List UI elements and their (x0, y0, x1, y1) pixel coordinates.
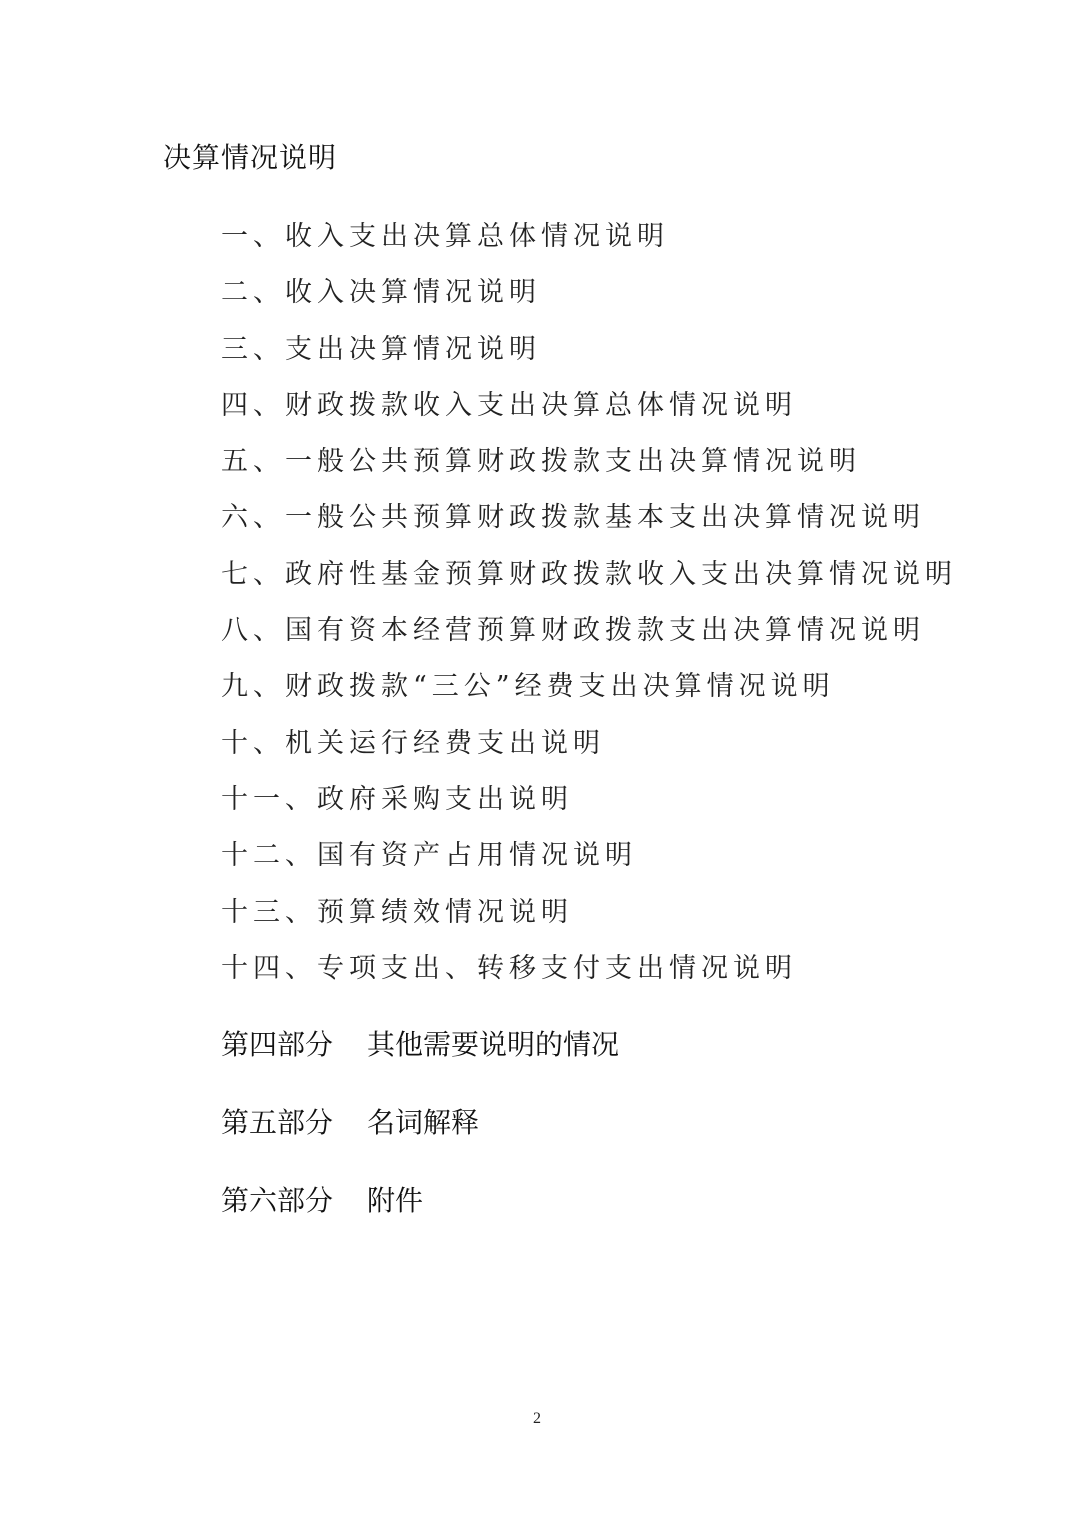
part-heading: 第四部分 其他需要说明的情况 (221, 1023, 619, 1101)
part-heading: 第六部分 附件 (221, 1179, 619, 1257)
part-number: 第四部分 (221, 1023, 367, 1101)
document-page: 决算情况说明 一、收入支出决算总体情况说明 二、收入决算情况说明 三、支出决算情… (0, 0, 1074, 1520)
part-list: 第四部分 其他需要说明的情况 第五部分 名词解释 第六部分 附件 (221, 1023, 619, 1257)
toc-list: 一、收入支出决算总体情况说明 二、收入决算情况说明 三、支出决算情况说明 四、财… (221, 216, 957, 1004)
toc-item: 十一、政府采购支出说明 (221, 779, 957, 835)
toc-item: 十二、国有资产占用情况说明 (221, 835, 957, 891)
toc-item: 十三、预算绩效情况说明 (221, 892, 957, 948)
toc-item: 三、支出决算情况说明 (221, 329, 957, 385)
toc-item: 七、政府性基金预算财政拨款收入支出决算情况说明 (221, 554, 957, 610)
page-number: 2 (0, 1410, 1074, 1428)
toc-item: 九、财政拨款“三公”经费支出决算情况说明 (221, 666, 957, 722)
toc-item: 八、国有资本经营预算财政拨款支出决算情况说明 (221, 610, 957, 666)
part-title: 附件 (367, 1179, 423, 1257)
toc-item: 二、收入决算情况说明 (221, 272, 957, 328)
toc-item: 一、收入支出决算总体情况说明 (221, 216, 957, 272)
part-heading: 第五部分 名词解释 (221, 1101, 619, 1179)
toc-item: 六、一般公共预算财政拨款基本支出决算情况说明 (221, 497, 957, 553)
toc-item: 十四、专项支出、转移支付支出情况说明 (221, 948, 957, 1004)
toc-item: 五、一般公共预算财政拨款支出决算情况说明 (221, 441, 957, 497)
toc-item: 十、机关运行经费支出说明 (221, 723, 957, 779)
part-title: 名词解释 (367, 1101, 479, 1179)
section-title: 决算情况说明 (163, 138, 337, 178)
toc-item: 四、财政拨款收入支出决算总体情况说明 (221, 385, 957, 441)
part-number: 第五部分 (221, 1101, 367, 1179)
part-number: 第六部分 (221, 1179, 367, 1257)
part-title: 其他需要说明的情况 (367, 1023, 619, 1101)
